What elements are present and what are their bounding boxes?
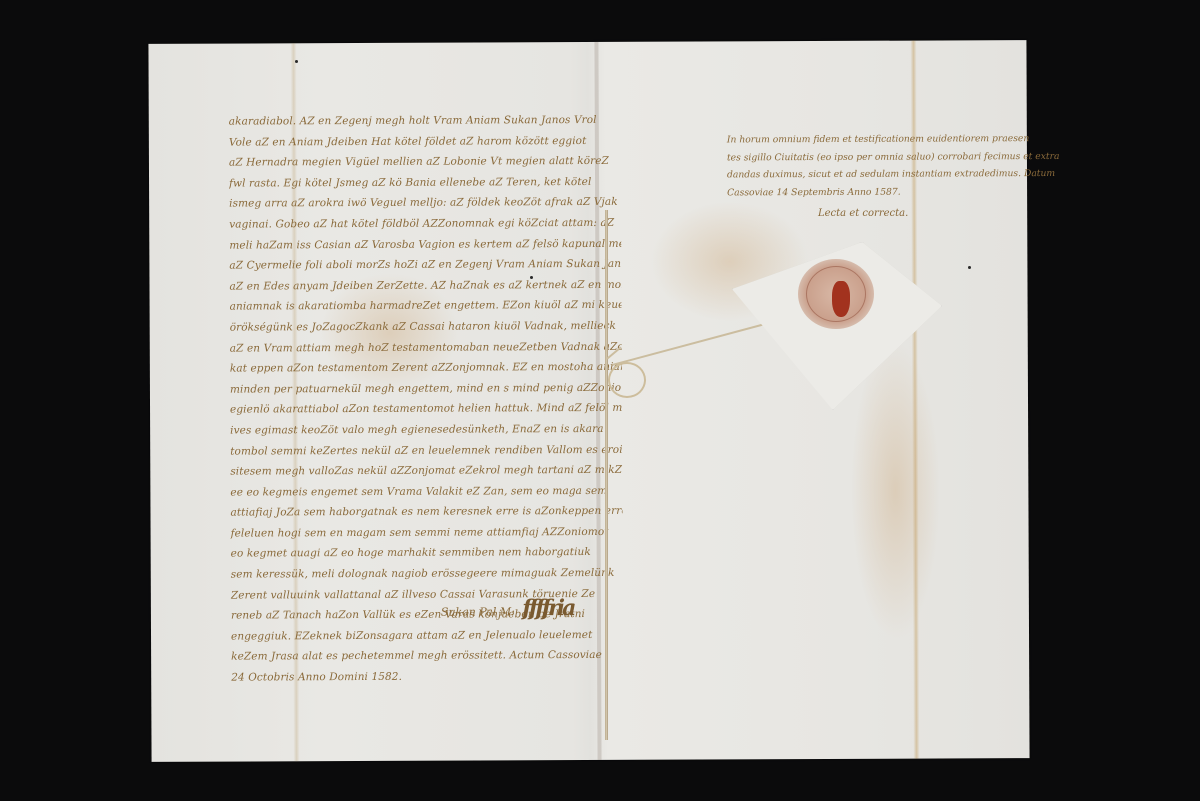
text-line: meli haZam iss Casian aZ Varosba Vagion … — [229, 233, 621, 255]
text-line: engeggiuk. EZeknek biZonsagara attam aZ … — [231, 625, 623, 647]
string-knot-loop — [608, 362, 646, 398]
text-line: sem keressük, meli dolognak nagiob eröss… — [231, 563, 623, 585]
red-wax-core — [832, 281, 850, 317]
text-line: ee eo kegmeis engemet sem Vrama Valakit … — [230, 481, 622, 503]
right-page-text: In horum omnium fidem et testificationem… — [727, 130, 1032, 201]
text-line: minden per patuarnekül megh engettem, mi… — [230, 378, 622, 400]
signature-flourish: ffffria — [522, 595, 573, 621]
text-line: sitesem megh valloZas nekül aZZonjomat e… — [230, 460, 622, 482]
text-line: keZem Jrasa alat es pechetemmel megh erö… — [231, 645, 623, 667]
endorsement: Lecta et correcta. — [818, 208, 908, 219]
text-line: 24 Octobris Anno Domini 1582. — [231, 666, 623, 688]
text-line: tes sigillo Ciuitatis (eo ipso per omnia… — [727, 148, 1032, 167]
ink-speck — [530, 276, 533, 279]
ink-speck — [968, 266, 971, 269]
text-line: aniamnak is akaratiomba harmadreZet enge… — [230, 295, 622, 317]
text-line: Vole aZ en Aniam Jdeiben Hat kötel földe… — [229, 130, 621, 152]
binding-string — [605, 210, 608, 740]
text-line: aZ Cyermelie foli aboli morZs hoZi aZ en… — [229, 254, 621, 276]
text-line: In horum omnium fidem et testificationem… — [727, 130, 1032, 149]
signature: Sukan Pal M: ffffria — [441, 595, 574, 622]
text-line: feleluen hogi sem en magam sem semmi nem… — [231, 522, 623, 544]
text-line: ismeg arra aZ arokra iwö Veguel melljo: … — [229, 192, 621, 214]
water-stain — [850, 340, 941, 640]
text-line: ives egimast keoZöt valo megh egienesede… — [230, 419, 622, 441]
text-line: aZ Hernadra megien Vigüel mellien aZ Lob… — [229, 151, 621, 173]
text-line: Cassoviae 14 Septembris Anno 1587. — [727, 183, 1032, 202]
text-line: attiafiaj JoZa sem haborgatnak es nem ke… — [230, 501, 622, 523]
text-line: eo kegmet auagi aZ eo hoge marhakit semm… — [231, 542, 623, 564]
text-line: akaradiabol. AZ en Zegenj megh holt Vram… — [229, 110, 621, 132]
signature-name: Sukan Pal M: — [441, 605, 515, 618]
text-line: egienlö akarattiabol aZon testamentomot … — [230, 398, 622, 420]
text-line: aZ en Edes anyam Jdeiben ZerZette. AZ ha… — [229, 275, 621, 297]
text-line: örökségünk es JoZagocZkank aZ Cassai hat… — [230, 316, 622, 338]
text-line: fwl rasta. Egi kötel Jsmeg aZ kö Bania e… — [229, 172, 621, 194]
text-line: aZ en Vram attiam megh hoZ testamentomab… — [230, 336, 622, 358]
text-line: vaginai. Gobeo aZ hat kötel földböl AZZo… — [229, 213, 621, 235]
text-line: tombol semmi keZertes nekül aZ en leuele… — [230, 439, 622, 461]
text-line: kat eppen aZon testamentom Zerent aZZonj… — [230, 357, 622, 379]
text-line: dandas duximus, sicut et ad sedulam inst… — [727, 165, 1032, 184]
manuscript-sheet: akaradiabol. AZ en Zegenj megh holt Vram… — [148, 40, 1029, 762]
ink-speck — [295, 60, 298, 63]
